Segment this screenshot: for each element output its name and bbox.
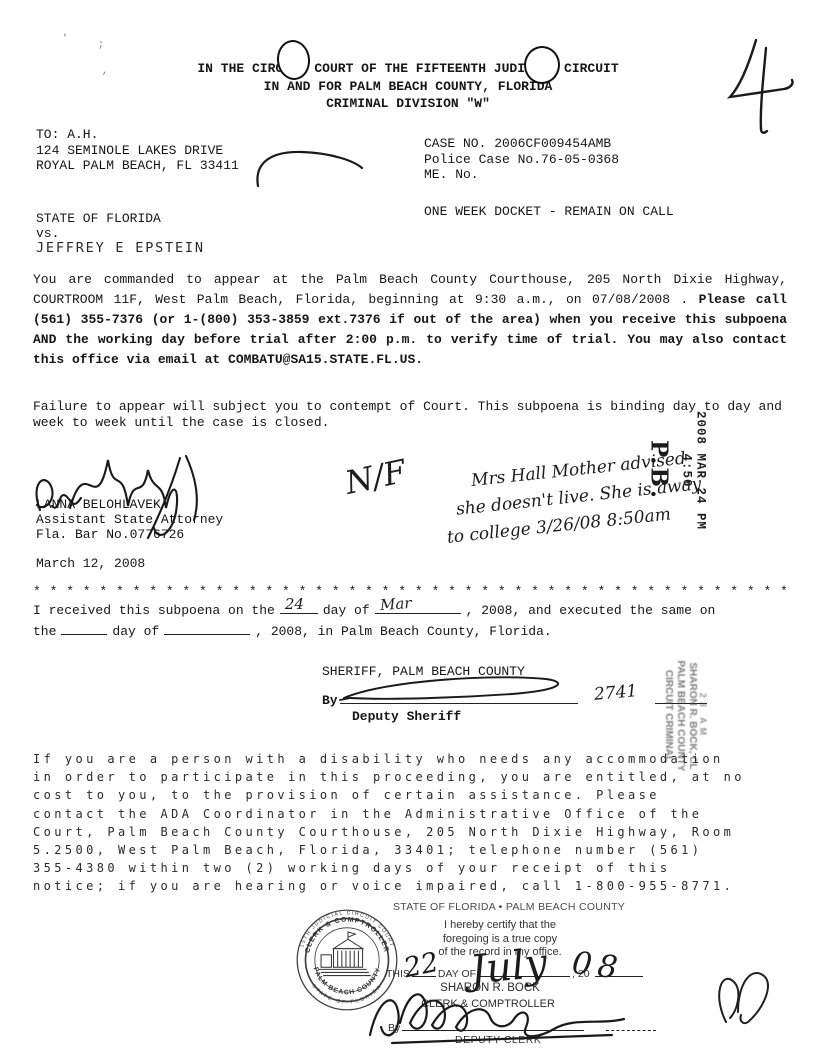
ada-line: If you are a person with a disability wh… [33, 750, 793, 768]
ada-line: notice; if you are hearing or voice impa… [33, 877, 793, 895]
executed-month-blank [164, 621, 250, 635]
return-line2-post: , 2008, in Palm Beach County, Florida. [255, 624, 551, 639]
case-info-block: CASE NO. 2006CF009454AMB Police Case No.… [424, 136, 619, 183]
party-vs: vs. [36, 227, 205, 242]
court-header-line2: IN AND FOR PALM BEACH COUNTY, FLORIDA [0, 78, 816, 96]
handwritten-nf: N/F [342, 452, 410, 502]
return-of-service-line1: I received this subpoena on the24day ofM… [33, 600, 715, 618]
attorney-block: LANNA BELOHLAVEK Assistant State Attorne… [36, 497, 223, 542]
return-line2-pre: the [33, 624, 56, 639]
handwritten-corner-scribble [706, 962, 782, 1038]
ada-line: 5.2500, West Palm Beach, Florida, 33401;… [33, 841, 793, 859]
police-case-number: Police Case No.76-05-0368 [424, 152, 619, 168]
party-defendant: JEFFREY E EPSTEIN [36, 241, 205, 256]
seal-courthouse-illustration [319, 932, 371, 976]
attorney-bar-number: Fla. Bar No.0776726 [36, 527, 223, 542]
court-header-line1: IN THE CIRCUIT COURT OF THE FIFTEENTH JU… [0, 60, 816, 78]
party-state: STATE OF FLORIDA [36, 212, 205, 227]
court-header-line3: CRIMINAL DIVISION "W" [0, 95, 816, 113]
document-date: March 12, 2008 [36, 556, 145, 571]
return-line1-mid: day of [323, 603, 370, 618]
ada-line: cost to you, to the provision of certain… [33, 786, 793, 804]
executed-day-blank [61, 621, 107, 635]
deputy-sheriff-signature [336, 672, 581, 704]
command-text-normal: You are commanded to appear at the Palm … [33, 272, 787, 307]
deputy-sheriff-label: Deputy Sheriff [352, 709, 461, 724]
ada-line: contact the ADA Coordinator in the Admin… [33, 805, 793, 823]
scan-speckle: ' [62, 34, 68, 45]
return-line1-pre: I received this subpoena on the [33, 603, 275, 618]
handwritten-received-month: Mar [379, 594, 412, 614]
certify-line1: I hereby certify that the [420, 919, 580, 933]
ada-line: 355-4380 within two (2) working days of … [33, 859, 793, 877]
pb-stamp-datetime: 2008 MAR 24 PM 4:50 [680, 396, 708, 546]
document-page: ' ; , IN THE CIRCUIT COURT OF THE FIFTEE… [0, 0, 816, 1056]
recipient-block: TO: A.H. 124 SEMINOLE LAKES DRIVE ROYAL … [36, 127, 239, 174]
return-line1-post: , 2008, and executed the same on [466, 603, 716, 618]
deputy-clerk-signature [362, 983, 657, 1051]
ada-line: Court, Palm Beach County Courthouse, 205… [33, 823, 793, 841]
ada-line: in order to participate in this proceedi… [33, 768, 793, 786]
attorney-name: LANNA BELOHLAVEK [36, 497, 223, 512]
court-header: IN THE CIRCUIT COURT OF THE FIFTEENTH JU… [0, 60, 816, 113]
parties-block: STATE OF FLORIDA vs. JEFFREY E EPSTEIN [36, 212, 205, 256]
command-paragraph: You are commanded to appear at the Palm … [33, 270, 787, 370]
return-of-service-line2: theday of, 2008, in Palm Beach County, F… [33, 621, 552, 639]
recipient-address1: 124 SEMINOLE LAKES DRIVE [36, 143, 239, 159]
scan-speckle: ; [98, 40, 104, 51]
ada-notice: If you are a person with a disability wh… [33, 750, 793, 896]
handwritten-curve-mark [252, 146, 368, 196]
certification-header: STATE OF FLORIDA • PALM BEACH COUNTY [393, 901, 625, 913]
pb-received-stamp: 2008 MAR 24 PM 4:50 P.B. [623, 396, 708, 546]
pb-stamp-label: P.B. [646, 396, 673, 546]
docket-note: ONE WEEK DOCKET - REMAIN ON CALL [424, 204, 674, 219]
received-month-blank: Mar [375, 600, 461, 614]
case-number: CASE NO. 2006CF009454AMB [424, 136, 619, 152]
recipient-to: TO: A.H. [36, 127, 239, 143]
received-day-blank: 24 [280, 600, 318, 614]
return-line2-mid: day of [112, 624, 159, 639]
handwritten-received-day: 24 [285, 595, 304, 613]
recipient-address2: ROYAL PALM BEACH, FL 33411 [36, 158, 239, 174]
me-number: ME. No. [424, 167, 619, 183]
attorney-title: Assistant State Attorney [36, 512, 223, 527]
handwritten-cert-year: 08 [570, 945, 625, 987]
